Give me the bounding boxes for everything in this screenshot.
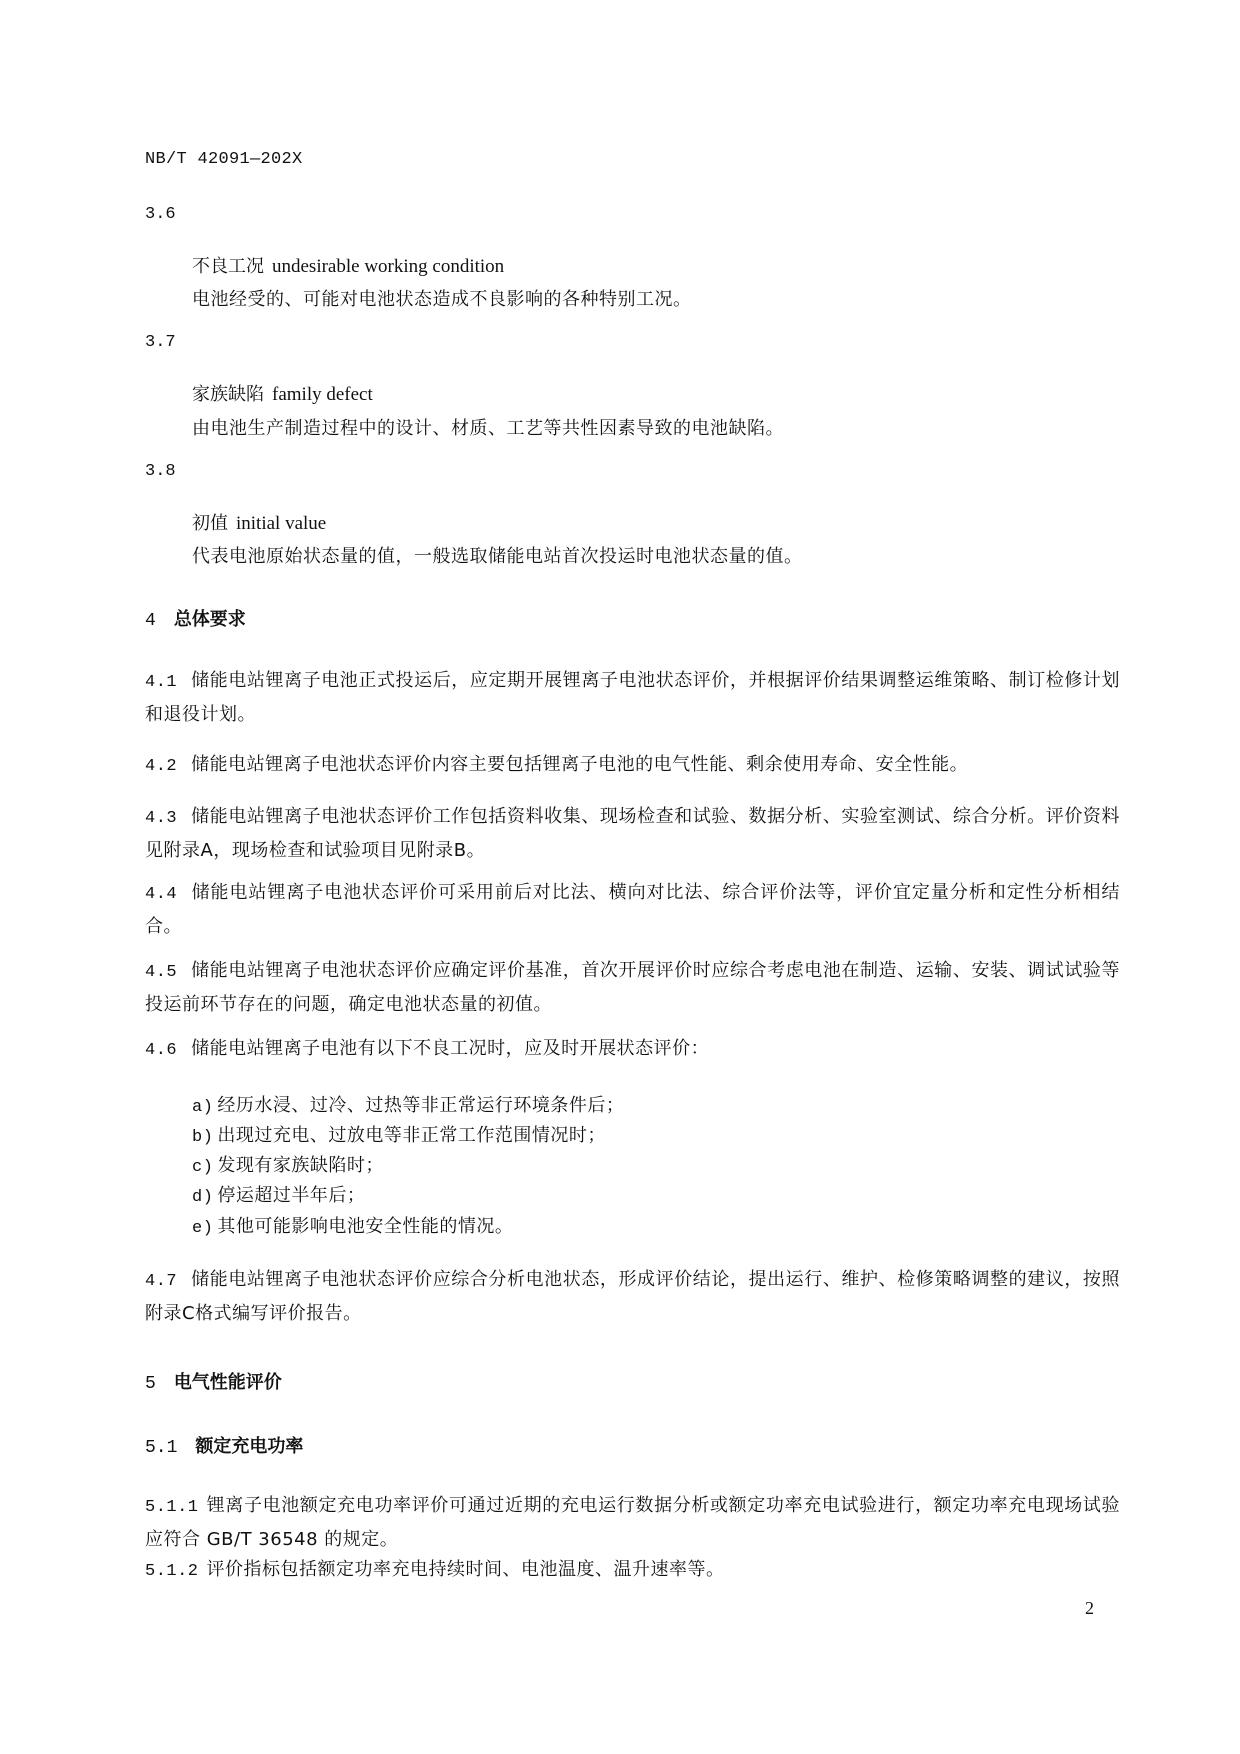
- term-definition: 由电池生产制造过程中的设计、材质、工艺等共性因素导致的电池缺陷。: [192, 414, 784, 440]
- subsection-heading: 5.1额定充电功率: [145, 1432, 303, 1458]
- clause-5-1-1: 5.1.1锂离子电池额定充电功率评价可通过近期的充电运行数据分析或额定功率充电试…: [145, 1490, 1120, 1556]
- clause-4-4: 4.4储能电站锂离子电池状态评价可采用前后对比法、横向对比法、综合评价法等，评价…: [145, 877, 1120, 943]
- term-zh: 不良工况: [192, 256, 264, 277]
- list-item: e)其他可能影响电池安全性能的情况。: [192, 1212, 513, 1238]
- clause-5-1-2: 5.1.2评价指标包括额定功率充电持续时间、电池温度、温升速率等。: [145, 1554, 1120, 1588]
- term-definition: 代表电池原始状态量的值，一般选取储能电站首次投运时电池状态量的值。: [192, 542, 803, 568]
- term-definition: 电池经受的、可能对电池状态造成不良影响的各种特别工况。: [192, 285, 692, 311]
- term-heading: 初值initial value: [192, 509, 326, 535]
- section-heading: 5电气性能评价: [145, 1368, 282, 1394]
- clause-4-5: 4.5储能电站锂离子电池状态评价应确定评价基准，首次开展评价时应综合考虑电池在制…: [145, 955, 1120, 1021]
- term-heading: 家族缺陷family defect: [192, 380, 373, 406]
- clause-4-2: 4.2储能电站锂离子电池状态评价内容主要包括锂离子电池的电气性能、剩余使用寿命、…: [145, 749, 1120, 783]
- clause-4-3: 4.3储能电站锂离子电池状态评价工作包括资料收集、现场检查和试验、数据分析、实验…: [145, 801, 1120, 867]
- term-zh: 初值: [192, 513, 228, 534]
- document-page: NB/T 42091—202X 3.6 不良工况undesirable work…: [0, 0, 1240, 1754]
- term-en: initial value: [236, 513, 326, 534]
- term-heading: 不良工况undesirable working condition: [192, 252, 504, 278]
- list-item: d)停运超过半年后；: [192, 1181, 365, 1207]
- clause-4-1: 4.1储能电站锂离子电池正式投运后，应定期开展锂离子电池状态评价，并根据评价结果…: [145, 665, 1120, 731]
- term-number: 3.6: [145, 205, 176, 224]
- list-item: b)出现过充电、过放电等非正常工作范围情况时；: [192, 1121, 606, 1147]
- page-number: 2: [1085, 1598, 1094, 1619]
- section-heading: 4总体要求: [145, 605, 246, 631]
- list-item: c)发现有家族缺陷时；: [192, 1151, 384, 1177]
- term-number: 3.8: [145, 462, 176, 481]
- term-en: family defect: [272, 384, 373, 405]
- standard-code-header: NB/T 42091—202X: [145, 150, 303, 169]
- clause-4-6: 4.6储能电站锂离子电池有以下不良工况时，应及时开展状态评价：: [145, 1033, 1120, 1067]
- term-en: undesirable working condition: [272, 256, 504, 277]
- list-item: a)经历水浸、过冷、过热等非正常运行环境条件后；: [192, 1091, 624, 1117]
- term-zh: 家族缺陷: [192, 384, 264, 405]
- term-number: 3.7: [145, 333, 176, 352]
- clause-4-7: 4.7储能电站锂离子电池状态评价应综合分析电池状态，形成评价结论，提出运行、维护…: [145, 1264, 1120, 1330]
